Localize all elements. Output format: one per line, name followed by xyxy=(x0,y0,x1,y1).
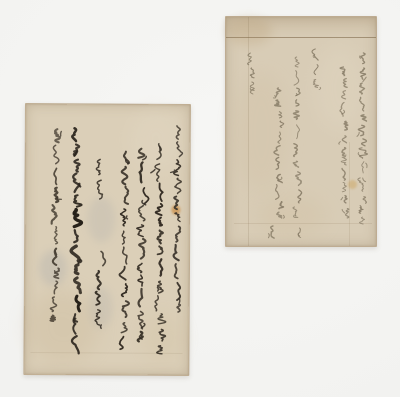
calligraphy-columns-right xyxy=(226,17,376,246)
manuscript-leaf-left xyxy=(23,103,191,376)
manuscript-leaf-right xyxy=(225,16,377,247)
photo-canvas xyxy=(0,0,400,397)
calligraphy-columns-left xyxy=(24,104,190,375)
